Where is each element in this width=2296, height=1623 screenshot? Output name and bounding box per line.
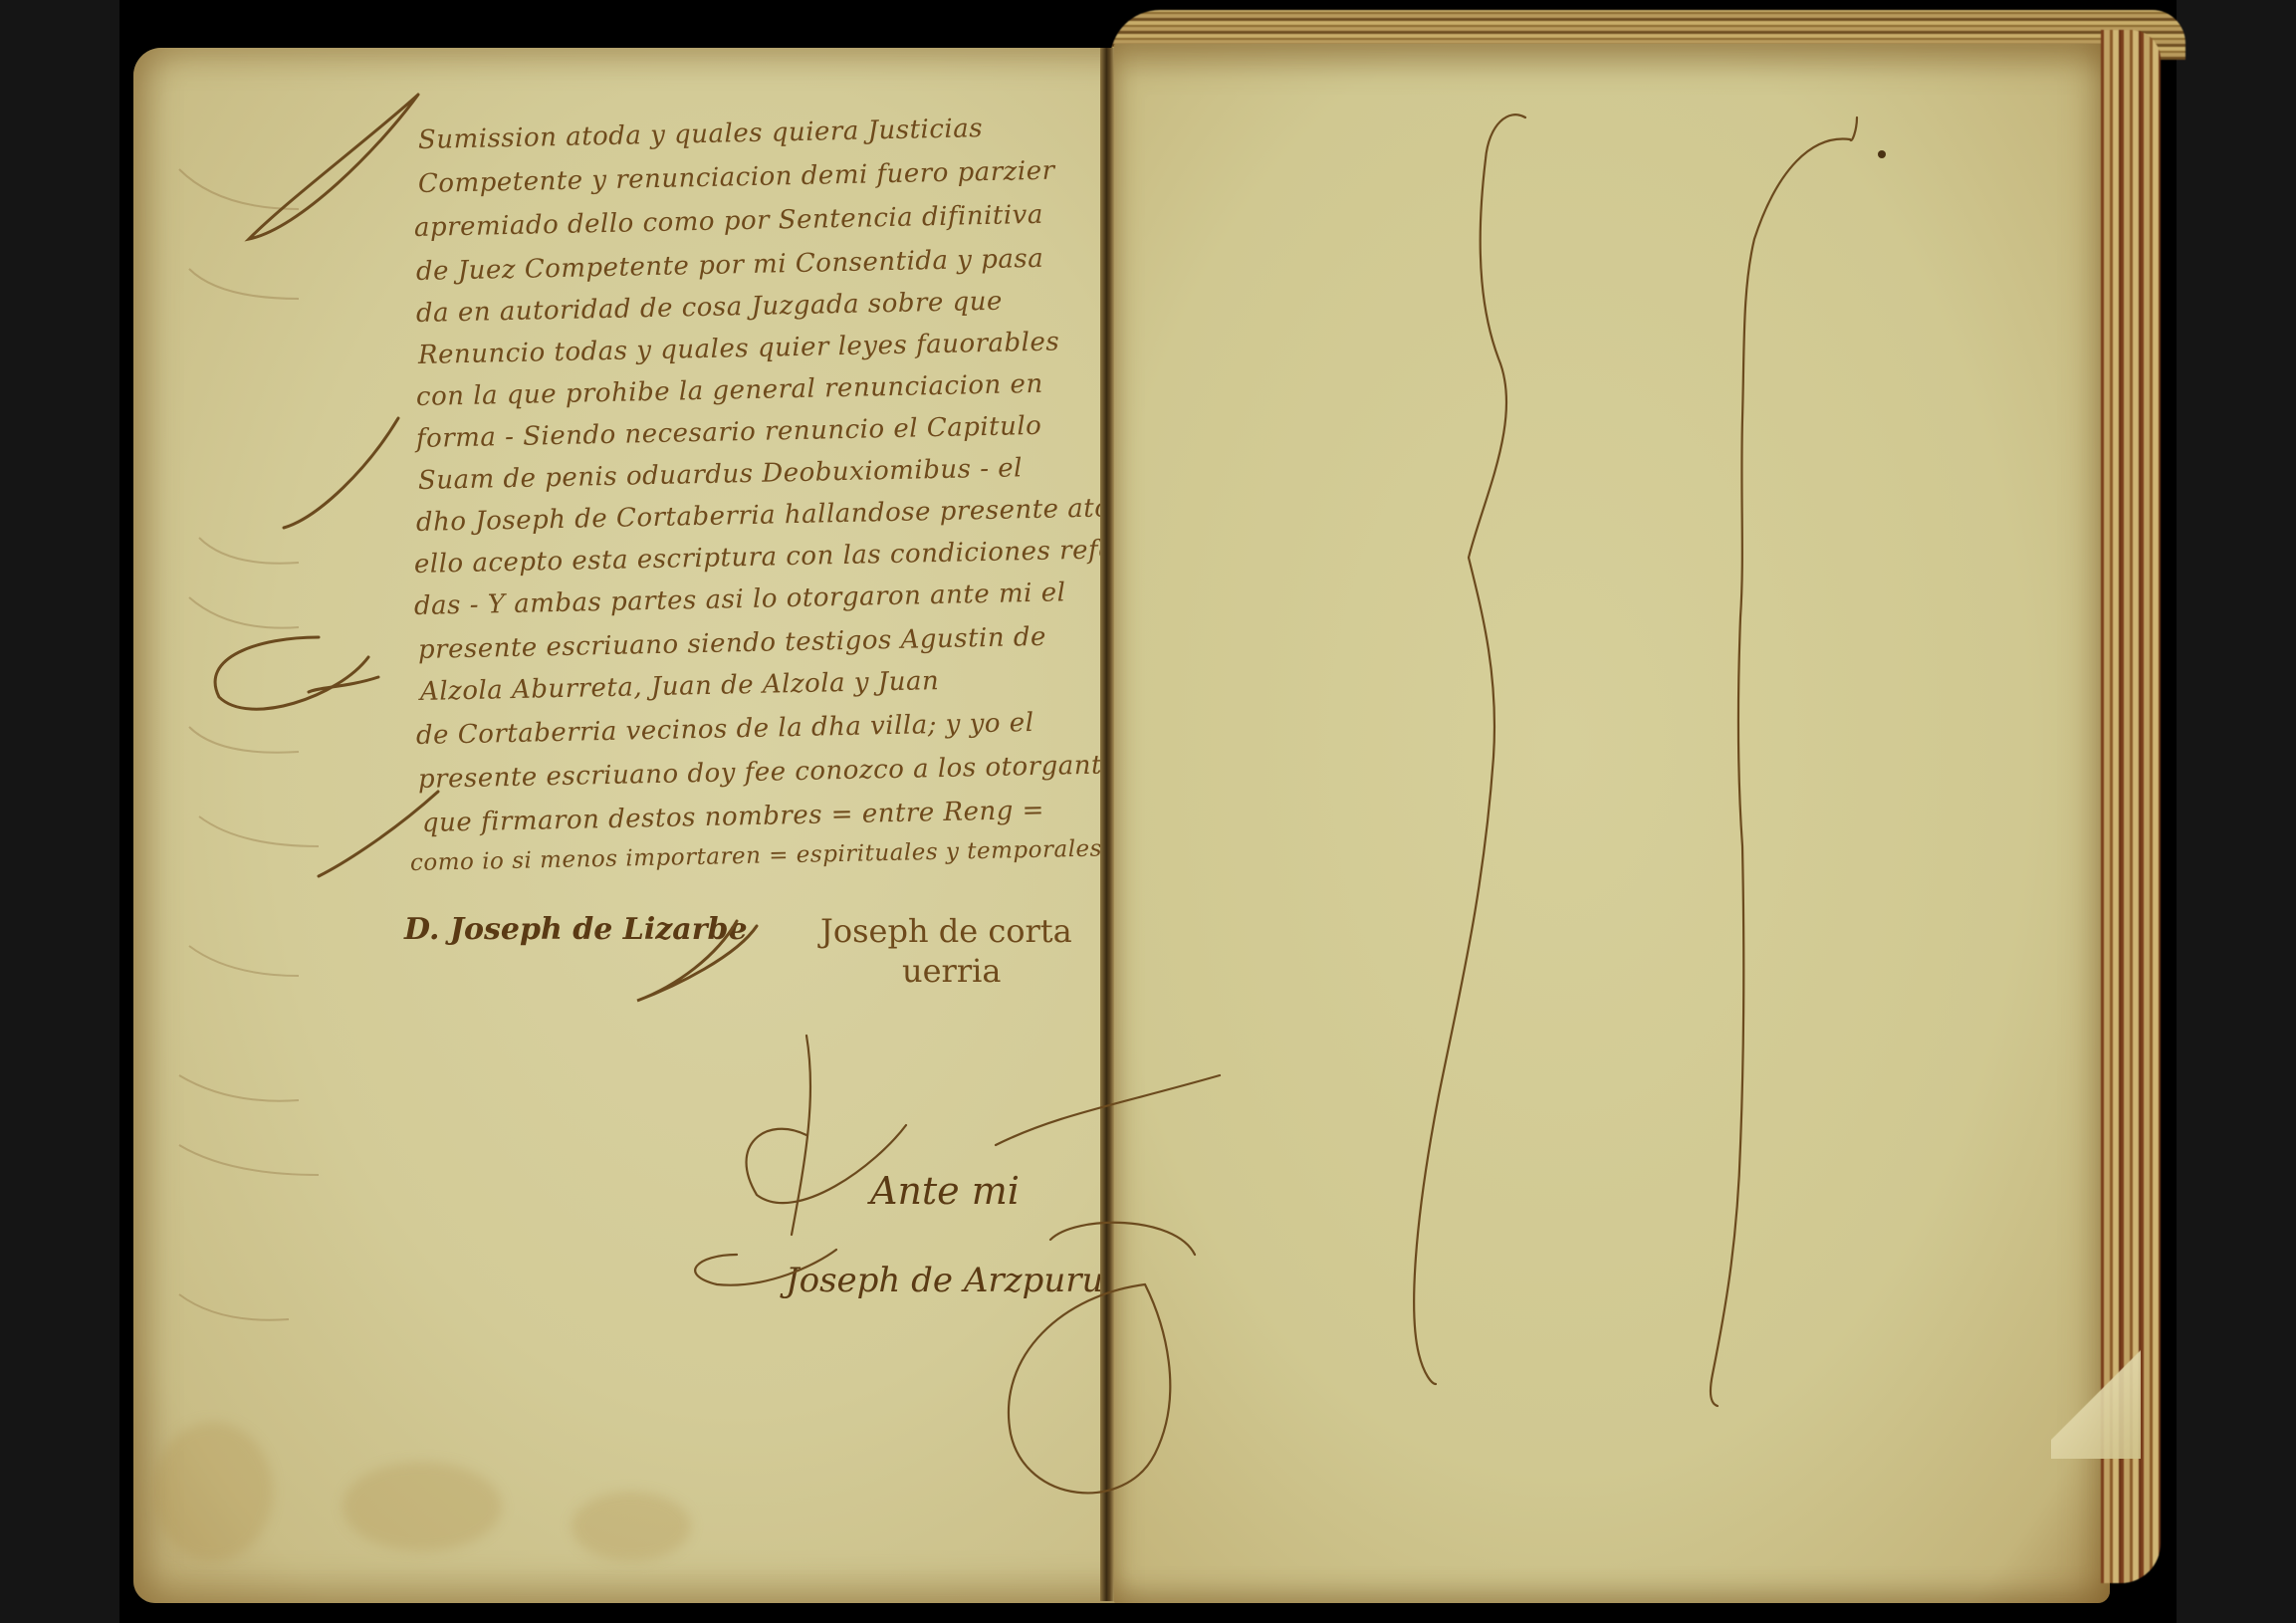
text-line: Sumission atoda y quales quiera Justicia…	[418, 114, 984, 155]
text-line: de Cortaberria vecinos de la dha villa; …	[416, 708, 1034, 751]
text-line: presente escriuano siendo testigos Agust…	[418, 622, 1046, 665]
text-line: presente escriuano doy fee conozco a los…	[418, 750, 1132, 795]
text-line: das - Y ambas partes asi lo otorgaron an…	[414, 578, 1066, 621]
text-line: da en autoridad de cosa Juzgada sobre qu…	[416, 287, 1003, 329]
text-line: dho Joseph de Cortaberria hallandose pre…	[416, 493, 1144, 538]
text-line: Suam de penis oduardus Deobuxiomibus - e…	[418, 453, 1024, 496]
water-stain	[343, 1462, 502, 1551]
text-line: que firmaron destos nombres = entre Reng…	[422, 796, 1044, 838]
text-line: con la que prohibe la general renunciaci…	[416, 369, 1043, 412]
text-line: forma - Siendo necesario renuncio el Cap…	[416, 411, 1042, 454]
image-viewer: Sumission atoda y quales quiera Justicia…	[119, 0, 2177, 1623]
water-stain	[572, 1492, 691, 1561]
left-page: Sumission atoda y quales quiera Justicia…	[133, 48, 1229, 1603]
text-line: como io si menos importaren = espiritual…	[410, 835, 1130, 876]
text-line: Renuncio todas y quales quier leyes fauo…	[418, 328, 1060, 370]
book-spine	[1100, 48, 1114, 1601]
signature-lizarbe: D. Joseph de Lizarbe	[404, 912, 748, 947]
open-manuscript-book: Sumission atoda y quales quiera Justicia…	[119, 0, 2177, 1623]
torn-page-corner	[2051, 1349, 2141, 1459]
text-line: apremiado dello como por Sentencia difin…	[414, 200, 1043, 243]
signature-cortaberria-line2: uerria	[902, 952, 1001, 990]
text-line: de Juez Competente por mi Consentida y p…	[416, 244, 1044, 287]
text-line: Alzola Aburreta, Juan de Alzola y Juan	[420, 666, 940, 707]
text-line: ello acepto esta escriptura con las cond…	[414, 535, 1136, 580]
signature-cortaberria-line1: Joseph de corta	[820, 912, 1072, 950]
right-page	[1114, 44, 2110, 1603]
signature-arzpuru: Joseph de Arzpuru	[786, 1261, 1103, 1300]
signature-ante-mi: Ante mi	[870, 1169, 1020, 1213]
text-line: Competente y renunciacion demi fuero par…	[418, 156, 1055, 199]
water-stain	[153, 1422, 273, 1561]
